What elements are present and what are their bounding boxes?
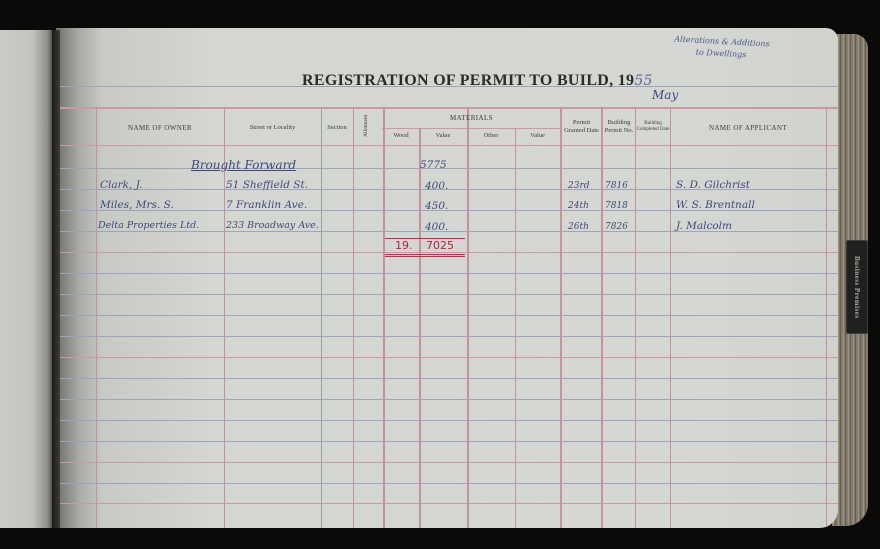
rule — [56, 462, 838, 463]
row-3-date: 26th — [568, 222, 589, 232]
rule — [56, 483, 838, 484]
row-1-street: 51 Sheffield St. — [226, 179, 308, 191]
left-facing-page — [0, 30, 54, 528]
row-3-street: 233 Broadway Ave. — [226, 220, 319, 231]
col-divider — [321, 107, 322, 528]
col-divider — [419, 128, 421, 528]
row-1-permit: 7816 — [605, 181, 628, 191]
total-count: 19. — [395, 239, 413, 252]
col-divider — [515, 128, 516, 528]
rule — [56, 336, 838, 337]
brought-forward-label: Brought Forward — [191, 158, 296, 172]
rule — [56, 503, 838, 504]
header-permit-no: Building Permit No. — [603, 119, 635, 135]
header-top-rule — [56, 107, 838, 109]
rule — [56, 168, 838, 169]
row-1-applicant: S. D. Gilchrist — [676, 179, 750, 191]
header-bottom-rule — [56, 145, 838, 146]
header-applicant: NAME OF APPLICANT — [670, 124, 826, 132]
rule — [56, 294, 838, 295]
index-tab[interactable]: Business Premises — [846, 240, 868, 334]
col-divider — [96, 107, 97, 528]
row-1-date: 23rd — [568, 181, 590, 191]
header-value-2: Value — [515, 132, 560, 140]
materials-rule — [382, 128, 560, 129]
row-1-owner: Clark, J. — [100, 179, 142, 191]
row-2-street: 7 Franklin Ave. — [226, 199, 307, 211]
header-allotment: Allotment — [362, 110, 370, 142]
row-3-permit: 7826 — [605, 222, 628, 232]
header-completed: Building Completed Date — [636, 121, 670, 133]
rule — [56, 399, 838, 400]
header-permit-granted: Permit Granted Date — [564, 119, 599, 135]
page-title: REGISTRATION OF PERMIT TO BUILD, 1955 — [302, 72, 653, 90]
book-gutter — [52, 30, 60, 528]
row-2-applicant: W. S. Brentnall — [676, 199, 755, 211]
col-divider — [670, 107, 671, 528]
col-divider — [383, 107, 385, 528]
col-divider — [826, 107, 827, 528]
rule — [56, 273, 838, 274]
col-divider — [635, 107, 636, 528]
header-materials: MATERIALS — [383, 114, 560, 122]
col-divider — [560, 107, 562, 528]
header-other: Other — [467, 132, 515, 140]
title-text: REGISTRATION OF PERMIT TO BUILD, 19 — [302, 72, 634, 89]
header-street: Street or Locality — [224, 124, 321, 132]
header-section: Section — [321, 124, 353, 132]
month-note: May — [652, 88, 678, 102]
col-divider — [467, 107, 469, 528]
col-divider — [353, 107, 354, 528]
row-3-owner: Delta Properties Ltd. — [98, 220, 199, 231]
total-rule-bottom-2 — [385, 256, 465, 257]
row-2-owner: Miles, Mrs. S. — [100, 199, 174, 211]
row-2-permit: 7818 — [605, 201, 628, 211]
total-rule-bottom — [385, 254, 465, 255]
col-divider — [601, 107, 603, 528]
ledger-page: REGISTRATION OF PERMIT TO BUILD, 1955 Al… — [56, 28, 838, 528]
rule — [56, 378, 838, 379]
row-2-date: 24th — [568, 201, 589, 211]
header-value-1: Value — [419, 132, 467, 140]
year-suffix: 55 — [634, 73, 652, 89]
rule — [56, 252, 838, 253]
rule — [56, 420, 838, 421]
rule — [56, 357, 838, 358]
header-owner: NAME OF OWNER — [96, 124, 224, 132]
margin-note: Alterations & Additions to Dwellings — [673, 34, 769, 63]
row-1-value: 400. — [425, 180, 448, 192]
rule — [56, 441, 838, 442]
total-value: 7025 — [426, 239, 454, 252]
brought-forward-value: 5775 — [420, 159, 447, 171]
row-3-value: 400. — [425, 221, 448, 233]
row-3-applicant: J. Malcolm — [676, 220, 732, 232]
rule — [56, 315, 838, 316]
row-2-value: 450. — [425, 200, 448, 212]
header-wood: Wood — [383, 132, 419, 140]
